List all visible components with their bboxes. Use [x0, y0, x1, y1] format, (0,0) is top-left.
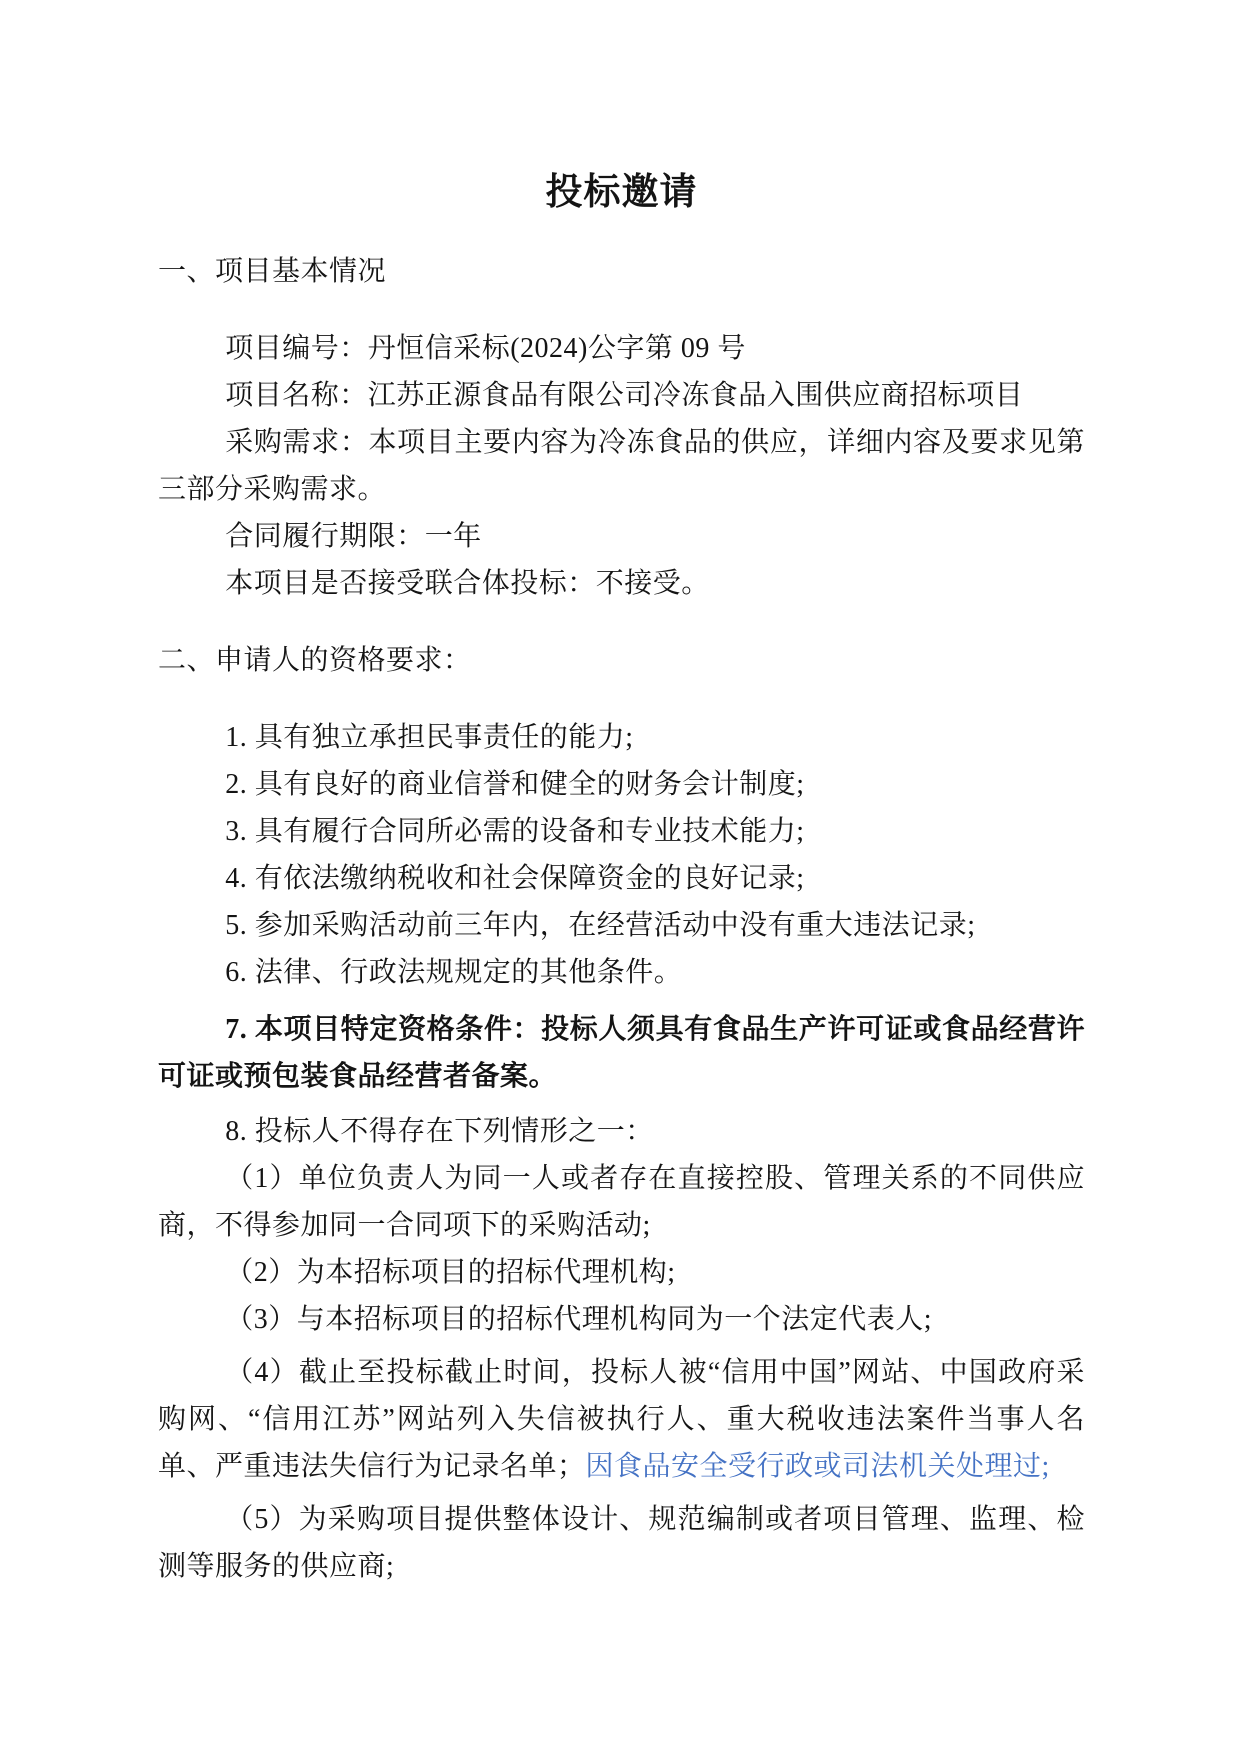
procurement-demand-paragraph: 采购需求：本项目主要内容为冷冻食品的供应，详细内容及要求见第三部分采购需求。 [158, 419, 1085, 513]
requirement-8-subitem-1: （1）单位负责人为同一人或者存在直接控股、管理关系的不同供应商，不得参加同一合同… [158, 1155, 1085, 1249]
document-page: 投标邀请 一、项目基本情况 项目编号：丹恒信采标(2024)公字第 09 号 项… [0, 0, 1240, 1754]
subitem-4-blue-highlight-text: 因食品安全受行政或司法机关处理过; [586, 1451, 1050, 1482]
requirement-item-8: 8. 投标人不得存在下列情形之一： [158, 1108, 1085, 1155]
requirement-item-2: 2. 具有良好的商业信誉和健全的财务会计制度; [158, 761, 1085, 808]
requirement-item-7-special-qualification: 7. 本项目特定资格条件：投标人须具有食品生产许可证或食品经营许可证或预包装食品… [158, 1006, 1085, 1100]
requirement-item-3: 3. 具有履行合同所必需的设备和专业技术能力; [158, 808, 1085, 855]
requirement-item-5: 5. 参加采购活动前三年内，在经营活动中没有重大违法记录; [158, 902, 1085, 949]
requirement-item-4: 4. 有依法缴纳税收和社会保障资金的良好记录; [158, 855, 1085, 902]
project-number-line: 项目编号：丹恒信采标(2024)公字第 09 号 [158, 325, 1085, 372]
project-name-line: 项目名称：江苏正源食品有限公司冷冻食品入围供应商招标项目 [158, 372, 1085, 419]
requirement-8-subitem-4: （4）截止至投标截止时间，投标人被“信用中国”网站、中国政府采购网、“信用江苏”… [158, 1349, 1085, 1490]
section-1-heading: 一、项目基本情况 [158, 248, 1085, 295]
consortium-bid-line: 本项目是否接受联合体投标：不接受。 [158, 560, 1085, 607]
requirement-8-subitem-5: （5）为采购项目提供整体设计、规范编制或者项目管理、监理、检测等服务的供应商; [158, 1496, 1085, 1590]
contract-period-line: 合同履行期限：一年 [158, 513, 1085, 560]
requirement-item-1: 1. 具有独立承担民事责任的能力; [158, 714, 1085, 761]
requirement-item-6: 6. 法律、行政法规规定的其他条件。 [158, 949, 1085, 996]
section-2-heading: 二、申请人的资格要求： [158, 637, 1085, 684]
requirement-8-subitem-2: （2）为本招标项目的招标代理机构; [158, 1249, 1085, 1296]
document-title: 投标邀请 [158, 168, 1085, 218]
requirement-8-subitem-3: （3）与本招标项目的招标代理机构同为一个法定代表人; [158, 1296, 1085, 1343]
